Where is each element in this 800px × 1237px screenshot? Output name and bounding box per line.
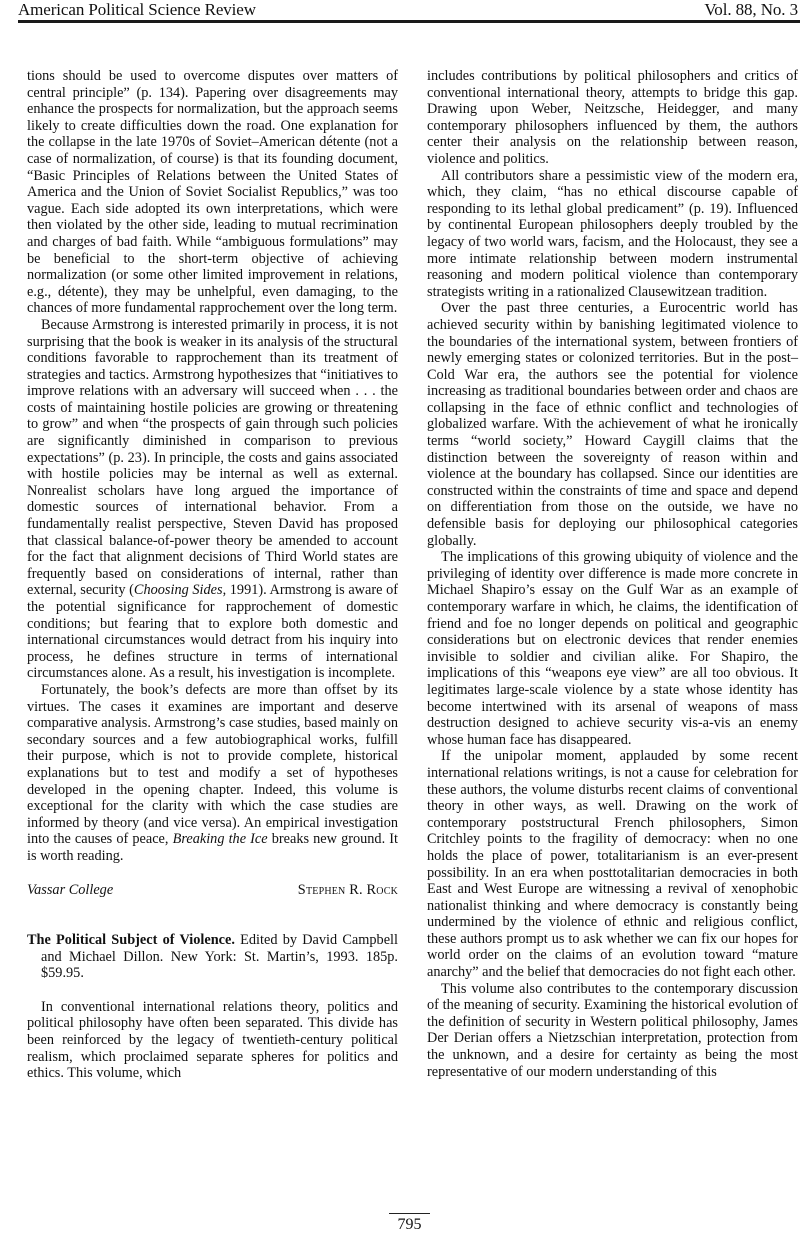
book-citation: The Political Subject of Violence. Edite… xyxy=(27,932,398,982)
book-title-italic: Choosing Sides xyxy=(134,582,223,598)
paragraph-text: Because Armstrong is interested primaril… xyxy=(27,317,398,599)
book-title: The Political Subject of Violence. xyxy=(27,932,235,948)
running-header: American Political Science Review Vol. 8… xyxy=(18,0,800,22)
paragraph: The implications of this growing ubiquit… xyxy=(427,549,798,748)
right-column: includes contributions by political phil… xyxy=(427,68,798,1080)
book-title-italic: Breaking the Ice xyxy=(173,831,268,847)
footer-rule xyxy=(389,1213,430,1214)
left-column: tions should be used to overcome dispute… xyxy=(27,68,398,1082)
paragraph-text: Fortunately, the book’s defects are more… xyxy=(27,682,398,847)
volume-issue: Vol. 88, No. 3 xyxy=(704,0,800,20)
paragraph: Because Armstrong is interested primaril… xyxy=(27,317,398,682)
review-signature: Vassar College Stephen R. Rock xyxy=(27,882,398,899)
header-rule xyxy=(18,20,800,23)
page-number: 795 xyxy=(387,1216,432,1234)
paragraph: Fortunately, the book’s defects are more… xyxy=(27,682,398,865)
paragraph: In conventional international relations … xyxy=(27,999,398,1082)
paragraph: All contributors share a pessimistic vie… xyxy=(427,168,798,301)
paragraph: Over the past three centuries, a Eurocen… xyxy=(427,300,798,549)
paragraph: This volume also contributes to the cont… xyxy=(427,981,798,1081)
paragraph: If the unipolar moment, applauded by som… xyxy=(427,748,798,980)
reviewer-affiliation: Vassar College xyxy=(27,882,113,899)
paragraph: includes contributions by political phil… xyxy=(427,68,798,168)
paragraph: tions should be used to overcome dispute… xyxy=(27,68,398,317)
reviewer-name: Stephen R. Rock xyxy=(298,882,398,899)
journal-title: American Political Science Review xyxy=(18,0,256,20)
